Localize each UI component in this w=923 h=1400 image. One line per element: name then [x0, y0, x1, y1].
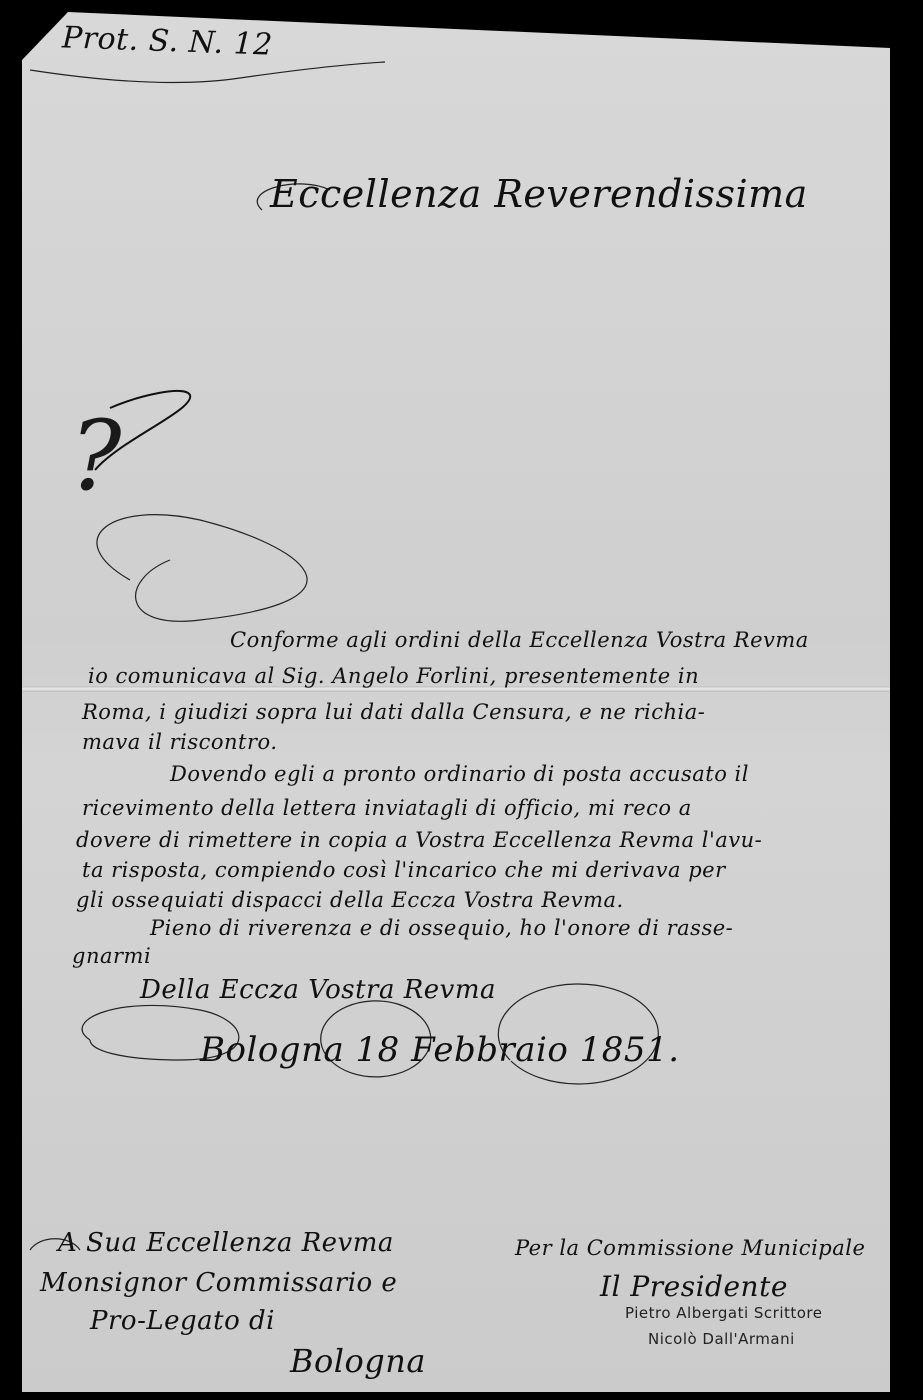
signature-name: Nicolò Dall'Armani	[648, 1330, 795, 1348]
body-line: Roma, i giudizi sopra lui dati dalla Cen…	[82, 700, 705, 724]
closing-line: Della Eccza Vostra Revma	[140, 975, 496, 1005]
body-line: ricevimento della lettera inviatagli di …	[82, 796, 692, 820]
addressee-line: Monsignor Commissario e	[40, 1268, 397, 1298]
body-line: dovere di rimettere in copia a Vostra Ec…	[76, 828, 762, 852]
signature-name: Pietro Albergati Scrittore	[625, 1304, 823, 1322]
body-line: mava il riscontro.	[82, 730, 278, 754]
body-line: Conforme agli ordini della Eccellenza Vo…	[230, 628, 809, 652]
margin-question-mark: ?	[70, 400, 122, 512]
addressee-line: Bologna	[290, 1342, 426, 1380]
signature-line: Per la Commissione Municipale	[515, 1236, 865, 1260]
salutation-heading: Eccellenza Reverendissima	[270, 172, 808, 216]
body-line: ta risposta, compiendo così l'incarico c…	[82, 858, 726, 882]
body-line: gli ossequiati dispacci della Eccza Vost…	[76, 888, 624, 912]
addressee-line: Pro-Legato di	[90, 1306, 275, 1336]
place-date: Bologna 18 Febbraio 1851.	[200, 1030, 680, 1070]
signature-title: Il Presidente	[600, 1270, 788, 1303]
body-line: gnarmi	[72, 944, 151, 968]
body-line: io comunicava al Sig. Angelo Forlini, pr…	[88, 664, 699, 688]
addressee-line: A Sua Eccellenza Revma	[58, 1228, 394, 1258]
protocol-reference: Prot. S. N. 12	[61, 20, 273, 62]
body-line: Dovendo egli a pronto ordinario di posta…	[170, 762, 749, 786]
body-line: Pieno di riverenza e di ossequio, ho l'o…	[150, 916, 733, 940]
